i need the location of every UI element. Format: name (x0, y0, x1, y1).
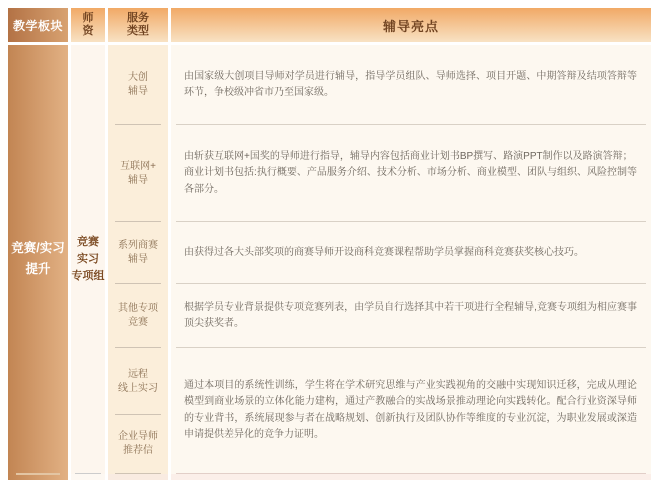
header-cell-service-type: 服务 类型 (108, 8, 168, 42)
header-cell-module: 教学板块 (8, 8, 68, 42)
highlights-column: 由国家级大创项目导师对学员进行辅导，指导学员组队、导师选择、项目开题、中期答辩及… (171, 45, 651, 480)
pricing-table-page: 教学板块 师 资 服务 类型 辅导亮点 竞赛/实习 提升 竞赛 实习 专项组 大… (0, 0, 659, 480)
service-type-other-competition: 其他专项 竞赛 (108, 284, 168, 348)
highlight-text: 由斩获互联网+国奖的导师进行指导，辅导内容包括商业计划书BP撰写、路演PPT制作… (184, 149, 637, 199)
highlight-business-competition: 由获得过各大头部奖项的商赛导师开设商科竞赛课程帮助学员掌握商科竞赛获奖核心技巧。 (171, 222, 651, 284)
service-type-mentor-letter: 企业导师 推荐信 (108, 415, 168, 473)
faculty-column: 竞赛 实习 专项组 (71, 45, 105, 480)
header-cell-highlights: 辅导亮点 (171, 8, 651, 42)
highlight-other-competition: 根据学员专业背景提供专项竞赛列表，由学员自行选择其中若干项进行全程辅导,竞赛专项… (171, 284, 651, 348)
faculty-next-row-strip (71, 474, 105, 480)
highlight-text: 由获得过各大头部奖项的商赛导师开设商科竞赛课程帮助学员掌握商科竞赛获奖核心技巧。 (184, 245, 584, 262)
highlight-text: 根据学员专业背景提供专项竞赛列表，由学员自行选择其中若干项进行全程辅导,竞赛专项… (184, 300, 637, 333)
highlight-next-row-strip (171, 474, 651, 480)
service-type-dachuang: 大创 辅导 (108, 45, 168, 125)
highlight-dachuang: 由国家级大创项目导师对学员进行辅导，指导学员组队、导师选择、项目开题、中期答辩及… (171, 45, 651, 125)
service-type-column: 大创 辅导 互联网+ 辅导 系列商赛 辅导 其他专项 竞赛 远程 线上实习 企业… (108, 45, 168, 480)
module-column: 竞赛/实习 提升 (8, 45, 68, 480)
service-next-row-strip (108, 474, 168, 480)
service-type-remote-internship: 远程 线上实习 (108, 348, 168, 415)
service-type-business-competition: 系列商赛 辅导 (108, 222, 168, 284)
faculty-label: 竞赛 实习 专项组 (72, 234, 105, 285)
highlight-internet-plus: 由斩获互联网+国奖的导师进行指导，辅导内容包括商业计划书BP撰写、路演PPT制作… (171, 125, 651, 222)
highlight-text: 通过本项目的系统性训练，学生将在学术研究思维与产业实践视角的交融中实现知识迁移，… (184, 378, 637, 444)
module-label: 竞赛/实习 提升 (11, 238, 64, 280)
highlight-internship-merged: 通过本项目的系统性训练，学生将在学术研究思维与产业实践视角的交融中实现知识迁移，… (171, 348, 651, 473)
highlight-text: 由国家级大创项目导师对学员进行辅导，指导学员组队、导师选择、项目开题、中期答辩及… (184, 69, 637, 102)
module-bottom-divider (16, 473, 60, 475)
service-type-internet-plus: 互联网+ 辅导 (108, 125, 168, 222)
header-cell-faculty: 师 资 (71, 8, 105, 42)
